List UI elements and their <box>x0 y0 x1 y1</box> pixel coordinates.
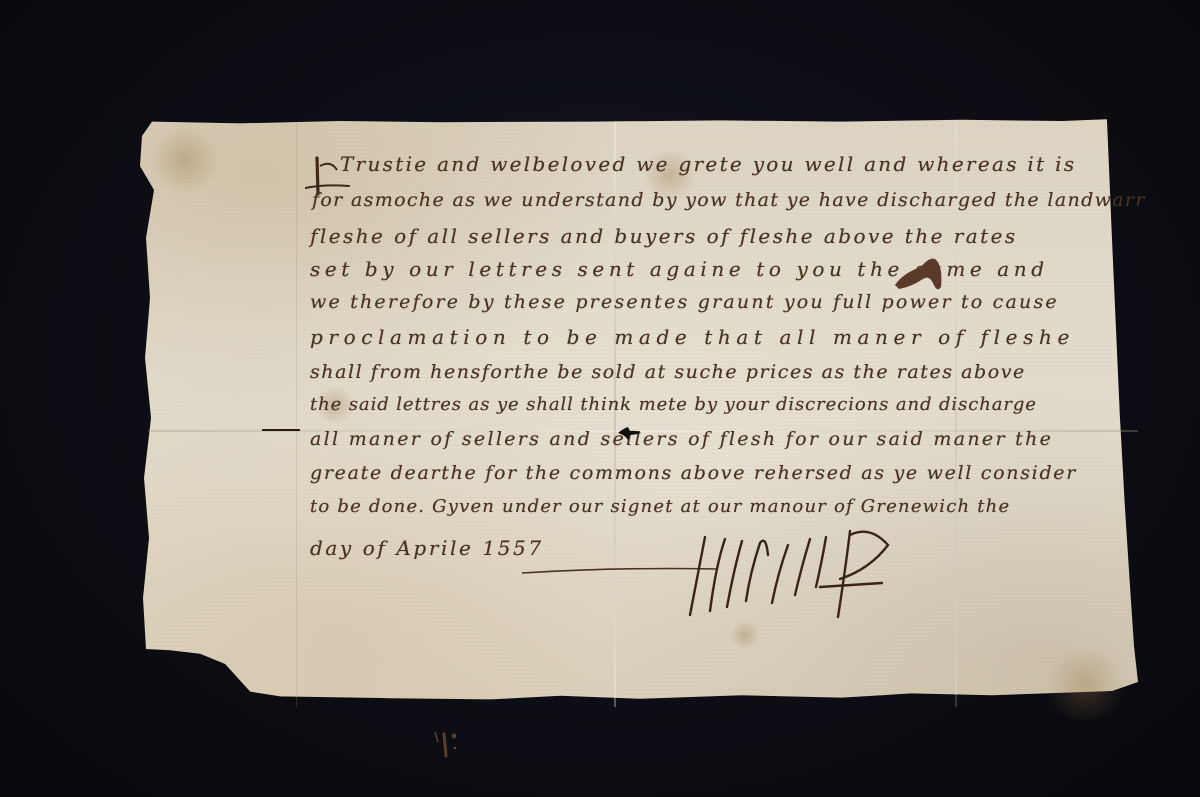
manuscript-line-3: fleshe of all sellers and buyers of fles… <box>310 224 1018 248</box>
left-fold-ink-mark <box>262 429 300 431</box>
manuscript-line-1: Trustie and welbeloved we grete you well… <box>340 152 1076 176</box>
age-stain <box>150 125 220 195</box>
photo-stage: Trustie and welbeloved we grete you well… <box>0 0 1200 797</box>
ink-blot <box>893 253 945 293</box>
paper-hole <box>616 425 642 441</box>
manuscript-line-9: all maner of sellers and sellers of fles… <box>310 428 1053 450</box>
manuscript-line-11: to be done. Gyven under our signet at ou… <box>310 496 1010 517</box>
manuscript-line-2: for asmoche as we understand by yow that… <box>312 189 1146 211</box>
manuscript-line-5: we therefore by these presentes graunt y… <box>310 291 1059 313</box>
royal-signature <box>520 525 900 625</box>
manuscript-line-7: shall from hensforthe be sold at suche p… <box>310 361 1026 383</box>
manuscript-line-12-date: day of Aprile 1557 <box>310 536 544 560</box>
manuscript-line-6: proclamation to be made that all maner o… <box>310 325 1075 349</box>
manuscript-line-10: greate dearthe for the commons above reh… <box>310 462 1077 484</box>
age-stain <box>1040 650 1130 720</box>
manuscript-line-8: the said lettres as ye shall think mete … <box>310 394 1037 415</box>
left-margin-fold <box>296 122 297 707</box>
ink-marks <box>430 730 460 760</box>
